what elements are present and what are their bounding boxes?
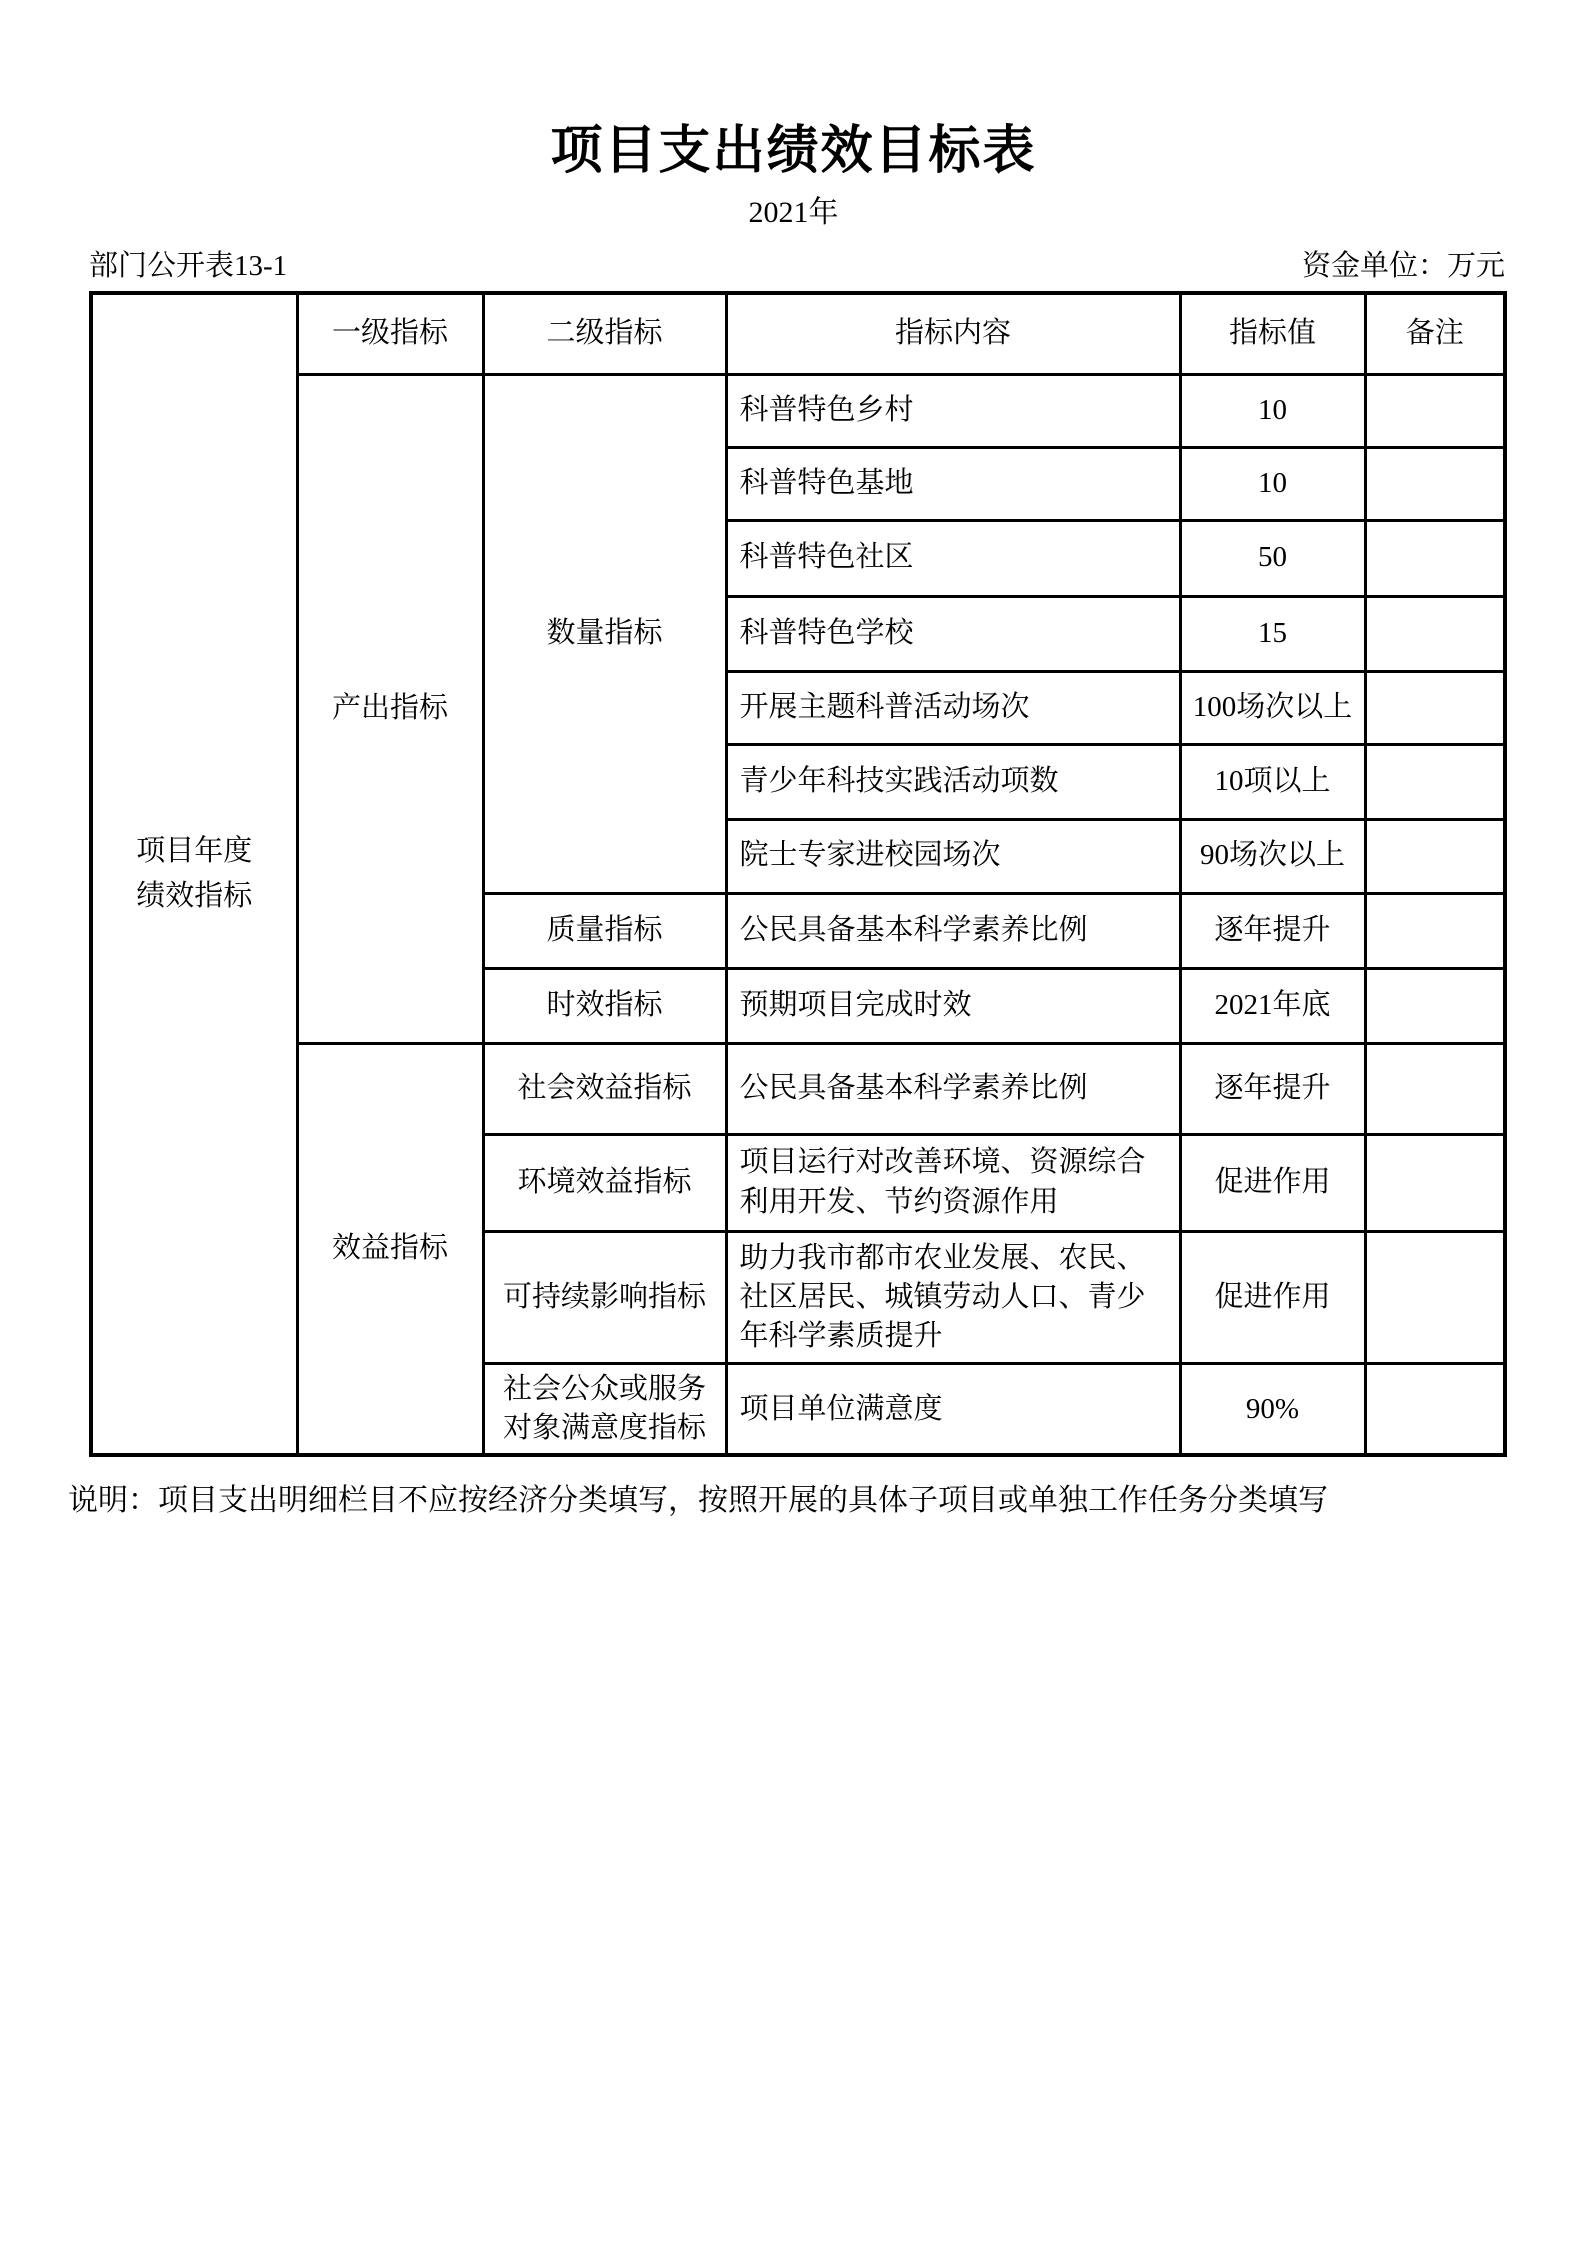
table-code: 部门公开表13-1 [89,250,287,283]
remark-cell [1365,374,1505,447]
remark-cell [1365,447,1505,520]
value-cell: 90场次以上 [1180,819,1365,893]
header-row: 项目年度 绩效指标 一级指标 二级指标 指标内容 指标值 备注 [91,293,1505,374]
level1-cell-benefit: 效益指标 [297,1043,483,1455]
remark-cell [1365,1043,1505,1134]
value-cell: 逐年提升 [1180,893,1365,968]
content-cell: 助力我市都市农业发展、农民、社区居民、城镇劳动人口、青少年科学素质提升 [726,1231,1180,1363]
level2-cell-quantity: 数量指标 [483,374,726,893]
page-title: 项目支出绩效目标表 [0,0,1587,182]
value-cell: 10 [1180,374,1365,447]
value-cell: 10项以上 [1180,744,1365,819]
level2-cell-environment-benefit: 环境效益指标 [483,1134,726,1231]
value-cell: 90% [1180,1363,1365,1455]
content-cell: 院士专家进校园场次 [726,819,1180,893]
remark-cell [1365,968,1505,1043]
value-cell: 50 [1180,520,1365,596]
table-row: 产出指标 数量指标 科普特色乡村 10 [91,374,1505,447]
value-cell: 2021年底 [1180,968,1365,1043]
col-header-level1: 一级指标 [297,293,483,374]
content-cell: 青少年科技实践活动项数 [726,744,1180,819]
content-cell: 预期项目完成时效 [726,968,1180,1043]
remark-cell [1365,819,1505,893]
value-cell: 促进作用 [1180,1231,1365,1363]
content-cell: 项目运行对改善环境、资源综合利用开发、节约资源作用 [726,1134,1180,1231]
level2-cell-social-benefit: 社会效益指标 [483,1043,726,1134]
performance-target-table: 项目年度 绩效指标 一级指标 二级指标 指标内容 指标值 备注 产出指标 数量指… [89,291,1507,1457]
meta-row: 部门公开表13-1 资金单位：万元 [89,250,1505,283]
level2-cell-quality: 质量指标 [483,893,726,968]
content-cell: 科普特色社区 [726,520,1180,596]
value-cell: 10 [1180,447,1365,520]
content-cell: 科普特色乡村 [726,374,1180,447]
content-cell: 科普特色基地 [726,447,1180,520]
col-header-level2: 二级指标 [483,293,726,374]
level2-cell-satisfaction: 社会公众或服务 对象满意度指标 [483,1363,726,1455]
value-cell: 促进作用 [1180,1134,1365,1231]
remark-cell [1365,1363,1505,1455]
page-subtitle: 2021年 [0,196,1587,230]
level2-cell-timeliness: 时效指标 [483,968,726,1043]
value-cell: 逐年提升 [1180,1043,1365,1134]
document-page: 项目支出绩效目标表 2021年 部门公开表13-1 资金单位：万元 项目年度 绩… [0,0,1587,2244]
level1-cell-output: 产出指标 [297,374,483,1043]
col-header-remark: 备注 [1365,293,1505,374]
col-header-content: 指标内容 [726,293,1180,374]
table-row: 效益指标 社会效益指标 公民具备基本科学素养比例 逐年提升 [91,1043,1505,1134]
footnote: 说明：项目支出明细栏目不应按经济分类填写，按照开展的具体子项目或单独工作任务分类… [68,1481,1527,1521]
remark-cell [1365,520,1505,596]
remark-cell [1365,893,1505,968]
level2-cell-sustainability: 可持续影响指标 [483,1231,726,1363]
content-cell: 项目单位满意度 [726,1363,1180,1455]
remark-cell [1365,1134,1505,1231]
content-cell: 公民具备基本科学素养比例 [726,893,1180,968]
value-cell: 100场次以上 [1180,671,1365,744]
remark-cell [1365,744,1505,819]
remark-cell [1365,596,1505,671]
value-cell: 15 [1180,596,1365,671]
content-cell: 公民具备基本科学素养比例 [726,1043,1180,1134]
col-header-value: 指标值 [1180,293,1365,374]
content-cell: 开展主题科普活动场次 [726,671,1180,744]
remark-cell [1365,1231,1505,1363]
remark-cell [1365,671,1505,744]
fund-unit-label: 资金单位：万元 [1302,250,1505,283]
row-group-label: 项目年度 绩效指标 [91,293,297,1455]
content-cell: 科普特色学校 [726,596,1180,671]
